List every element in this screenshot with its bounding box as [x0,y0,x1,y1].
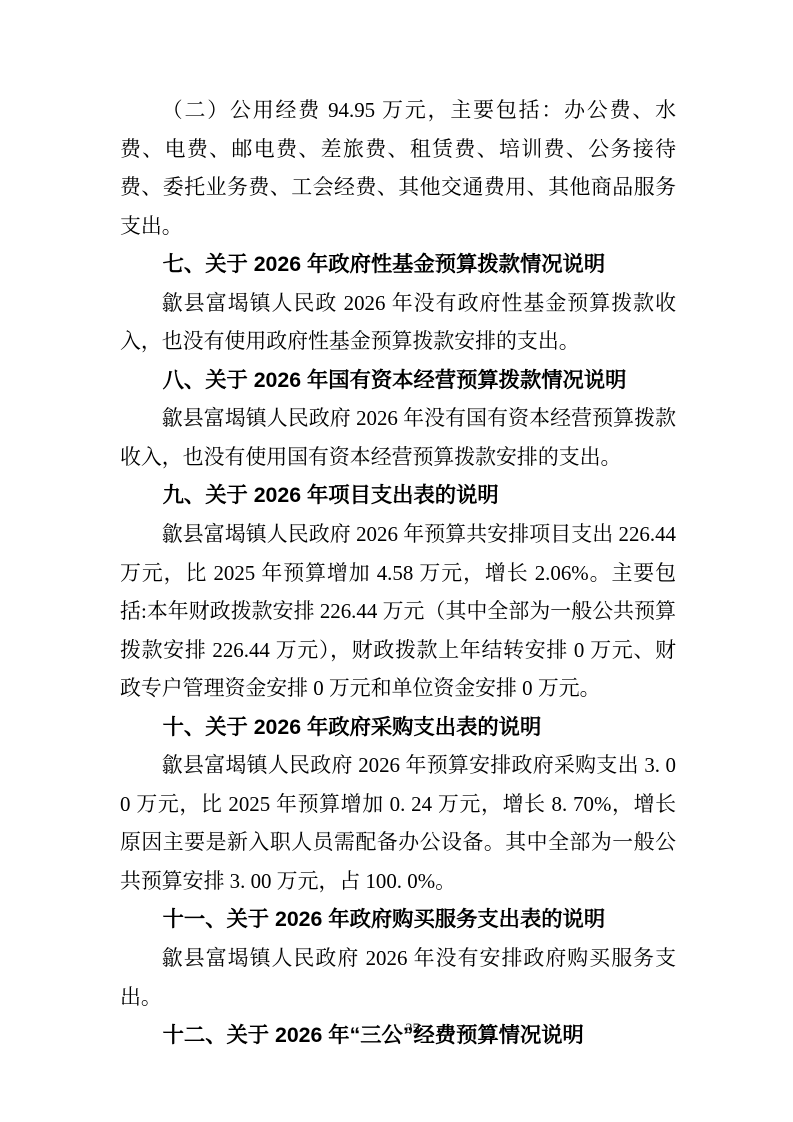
body-paragraph: 歙县富堨镇人民政府 2026 年没有国有资本经营预算拨款收入，也没有使用国有资本… [120,399,676,476]
body-paragraph: 歙县富堨镇人民政府 2026 年预算安排政府采购支出 3. 00 万元，比 20… [120,746,676,900]
section-heading: 七、关于 2026 年政府性基金预算拨款情况说明 [120,245,676,284]
section-heading: 九、关于 2026 年项目支出表的说明 [120,476,676,515]
body-paragraph: 歙县富堨镇人民政府 2026 年没有安排政府购买服务支出。 [120,939,676,1016]
page-number: 35 [405,1021,420,1037]
document-page: （二）公用经费 94.95 万元，主要包括：办公费、水费、电费、邮电费、差旅费、… [0,0,793,1122]
body-paragraph: 歙县富堨镇人民政 2026 年没有政府性基金预算拨款收入，也没有使用政府性基金预… [120,284,676,361]
section-heading: 十一、关于 2026 年政府购买服务支出表的说明 [120,900,676,939]
section-heading: 八、关于 2026 年国有资本经营预算拨款情况说明 [120,361,676,400]
document-body: （二）公用经费 94.95 万元，主要包括：办公费、水费、电费、邮电费、差旅费、… [120,0,676,1055]
page-footer: 35 [16,1020,793,1038]
body-paragraph: 歙县富堨镇人民政府 2026 年预算共安排项目支出 226.44 万元，比 20… [120,515,676,708]
section-heading: 十、关于 2026 年政府采购支出表的说明 [120,708,676,747]
body-paragraph: （二）公用经费 94.95 万元，主要包括：办公费、水费、电费、邮电费、差旅费、… [120,91,676,245]
